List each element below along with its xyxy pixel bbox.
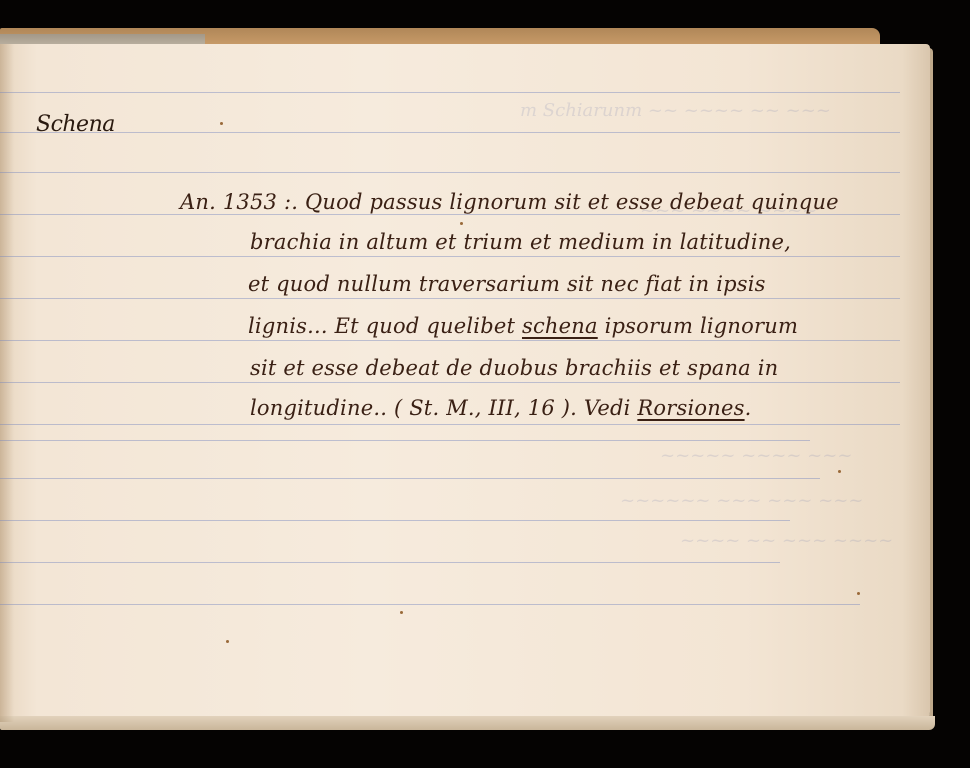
foxing-spot [857,592,860,595]
ruled-line [0,340,900,341]
ruled-line [0,298,900,299]
bleed-through-text: ~~~~ ~~ ~~~ ~~~~ [680,530,893,551]
entry-line-2: brachia in altum et trium et medium in l… [250,230,791,254]
foxing-spot [226,640,229,643]
foxing-spot [400,611,403,614]
cross-reference-link: Rorsiones [637,396,744,420]
entry-line-3: et quod nullum traversarium sit nec fiat… [248,272,766,296]
ruled-line [0,478,820,479]
notebook-page [0,44,930,722]
entry-line-5: sit et esse debeat de duobus brachiis et… [250,356,778,380]
ruled-line [0,424,900,425]
underlined-term-schena: schena [522,314,598,338]
ruled-line [0,92,900,93]
ruled-line [0,562,780,563]
ruled-line [0,132,900,133]
ruled-line [0,382,900,383]
bleed-through-text: m Schiarunm ~~ ~~~~ ~~ ~~~ [520,100,831,121]
ruled-line [0,440,810,441]
entry-heading: Schena [36,112,115,137]
entry-line-6: longitudine.. ( St. M., III, 16 ). Vedi … [250,396,751,420]
ruled-line [0,604,860,605]
entry-line-1: An. 1353 :. Quod passus lignorum sit et … [180,190,839,214]
bleed-through-text: ~~~~~~ ~~~ ~~~ ~~~ [620,490,863,511]
entry-line-4: lignis... Et quod quelibet schena ipsoru… [248,314,798,338]
binding-shadow [0,44,14,722]
foxing-spot [220,122,223,125]
bleed-through-text: ~~~~~ ~~~~ ~~~ [660,445,852,466]
foxing-spot [460,222,463,225]
foxing-spot [838,470,841,473]
ruled-line [0,172,900,173]
ruled-line [0,256,900,257]
ruled-line [0,520,790,521]
page-stack-edge [0,716,935,730]
